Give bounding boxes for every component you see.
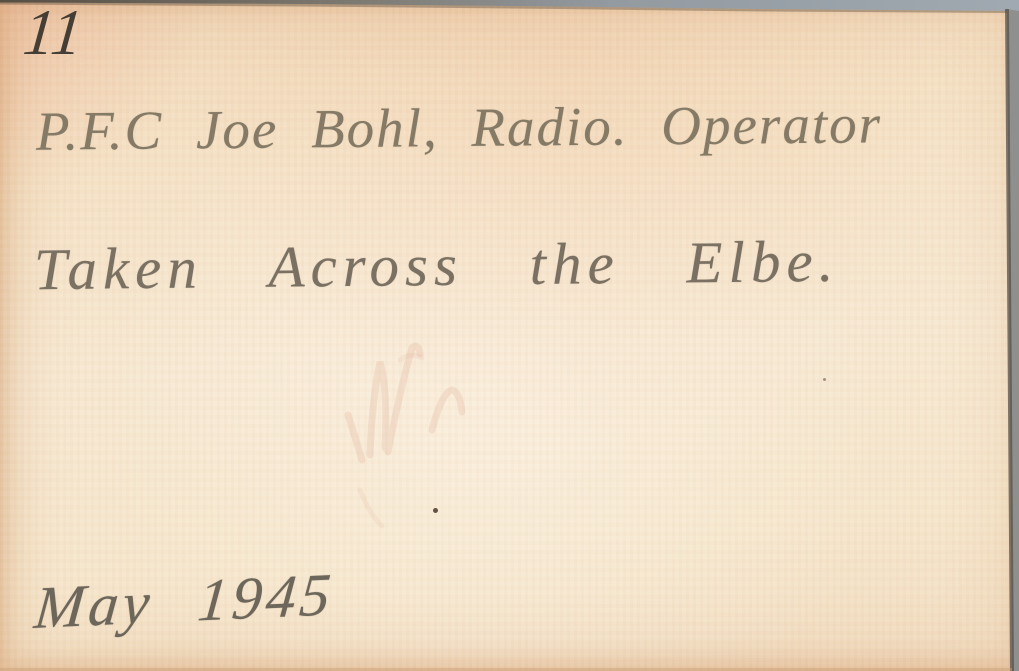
bleedthrough-smudge <box>330 330 510 550</box>
scanned-caption-card: 11 P.F.C Joe Bohl, Radio. Operator Taken… <box>0 0 1019 671</box>
ink-speck <box>823 378 826 381</box>
corner-number: 11 <box>21 0 87 65</box>
caption-line-date: May 1945 <box>32 564 337 638</box>
ink-speck <box>433 508 438 513</box>
caption-line-location: Taken Across the Elbe. <box>34 232 840 299</box>
caption-line-name: P.F.C Joe Bohl, Radio. Operator <box>36 96 882 158</box>
